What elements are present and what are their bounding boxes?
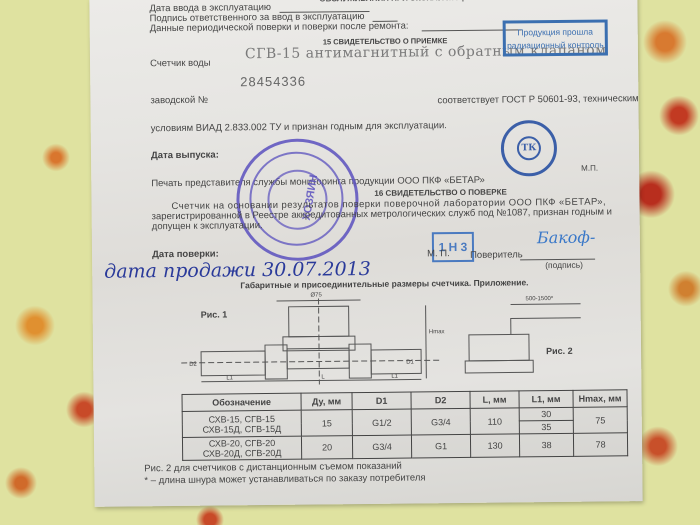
verification-mp-label: М. П. [427, 248, 450, 259]
periodic-verification-label: Данные периодической поверки и поверки п… [150, 21, 409, 35]
technical-conditions: условиям ВИАД 2.833.002 ТУ и признан год… [151, 120, 447, 134]
radiation-control-stamp: Продукция прошла радиационный контроль [503, 19, 608, 56]
diameter-75-label: Ø75 [310, 292, 322, 298]
col-du: Ду, мм [301, 393, 352, 411]
verification-date-label: Дата поверки: [152, 249, 219, 261]
du-cell: 15 [301, 410, 352, 437]
length-L-label: L [321, 374, 325, 380]
height-max-label: Hmax [429, 329, 445, 335]
release-date-label: Дата выпуска: [151, 150, 219, 162]
radiation-stamp-line2: радиационный контроль [506, 38, 605, 52]
meter-label: Счетчик воды [150, 58, 211, 70]
col-d1: D1 [352, 392, 411, 410]
verification-section-title: 16 СВИДЕТЕЛЬСТВО О ПОВЕРКЕ [374, 188, 507, 198]
l1-cell: 38 [519, 433, 573, 457]
diameter-D2-label: D2 [189, 362, 197, 368]
col-hmax: Hmax, мм [573, 390, 627, 408]
designation-cell: СХВ-15, СГВ-15СХВ-15Д, СГВ-15Д [182, 410, 301, 437]
l1-cell: 30 [519, 407, 573, 421]
l-cell: 110 [470, 408, 519, 435]
dimensions-table: Обозначение Ду, мм D1 D2 L, мм L1, мм Hm… [181, 389, 628, 461]
table-row: СХВ-20, СГВ-20СХВ-20Д, СГВ-20Д 20 G3/4 G… [182, 433, 627, 461]
betar-company-stamp: ТК [501, 120, 558, 177]
d2-cell: G3/4 [411, 408, 470, 435]
length-L1-left-label: L1 [226, 375, 233, 381]
du-cell: 20 [301, 436, 352, 460]
hmax-cell: 78 [573, 433, 627, 457]
col-designation: Обозначение [182, 393, 301, 411]
designation-cell: СХВ-20, СГВ-20СХВ-20Д, СГВ-20Д [182, 436, 301, 460]
col-l1: L1, мм [519, 390, 573, 408]
verification-body-line3: допущен к эксплуатации. [152, 220, 263, 232]
col-l: L, мм [470, 391, 519, 409]
gost-conformity: соответствует ГОСТ Р 50601-93, техническ… [437, 93, 638, 106]
l-cell: 130 [470, 434, 519, 458]
footnote-cord-length: * – длина шнура может устанавливаться по… [144, 472, 425, 486]
header-fragment: ОБСЛУЖИВАНИЯ ПРИ ЭКСПЛУАТАЦИИ [319, 0, 475, 3]
cord-length-label: 500-1500* [525, 296, 553, 302]
verifier-label: Поверитель [470, 249, 523, 261]
figure2-label: Рис. 2 [546, 346, 573, 356]
col-d2: D2 [411, 391, 470, 409]
figure1-label: Рис. 1 [201, 309, 228, 319]
meter-dimension-drawing: Рис. 1 Рис. 2 Ø75 500-1500* L L1 L1 D1 D… [180, 282, 601, 386]
signature-caption: (подпись) [545, 260, 583, 270]
diameter-D1-label: D1 [406, 359, 414, 365]
hmax-cell: 75 [573, 407, 627, 434]
length-L1-right-label: L1 [391, 374, 398, 380]
verifier-signature: Бакоф- [537, 228, 596, 248]
d1-cell: G3/4 [352, 435, 411, 459]
serial-label: заводской № [150, 95, 208, 107]
radiation-stamp-line1: Продукция прошла [506, 25, 605, 39]
d2-cell: G1 [411, 434, 470, 458]
acceptance-mp-label: М.П. [581, 164, 598, 173]
d1-cell: G1/2 [352, 409, 411, 436]
serial-number: 28454336 [240, 74, 306, 90]
betar-stamp-center: ТК [517, 136, 541, 160]
meter-passport-page: ОБСЛУЖИВАНИЯ ПРИ ЭКСПЛУАТАЦИИ Дата ввода… [89, 0, 642, 507]
l1-cell: 35 [519, 420, 573, 434]
